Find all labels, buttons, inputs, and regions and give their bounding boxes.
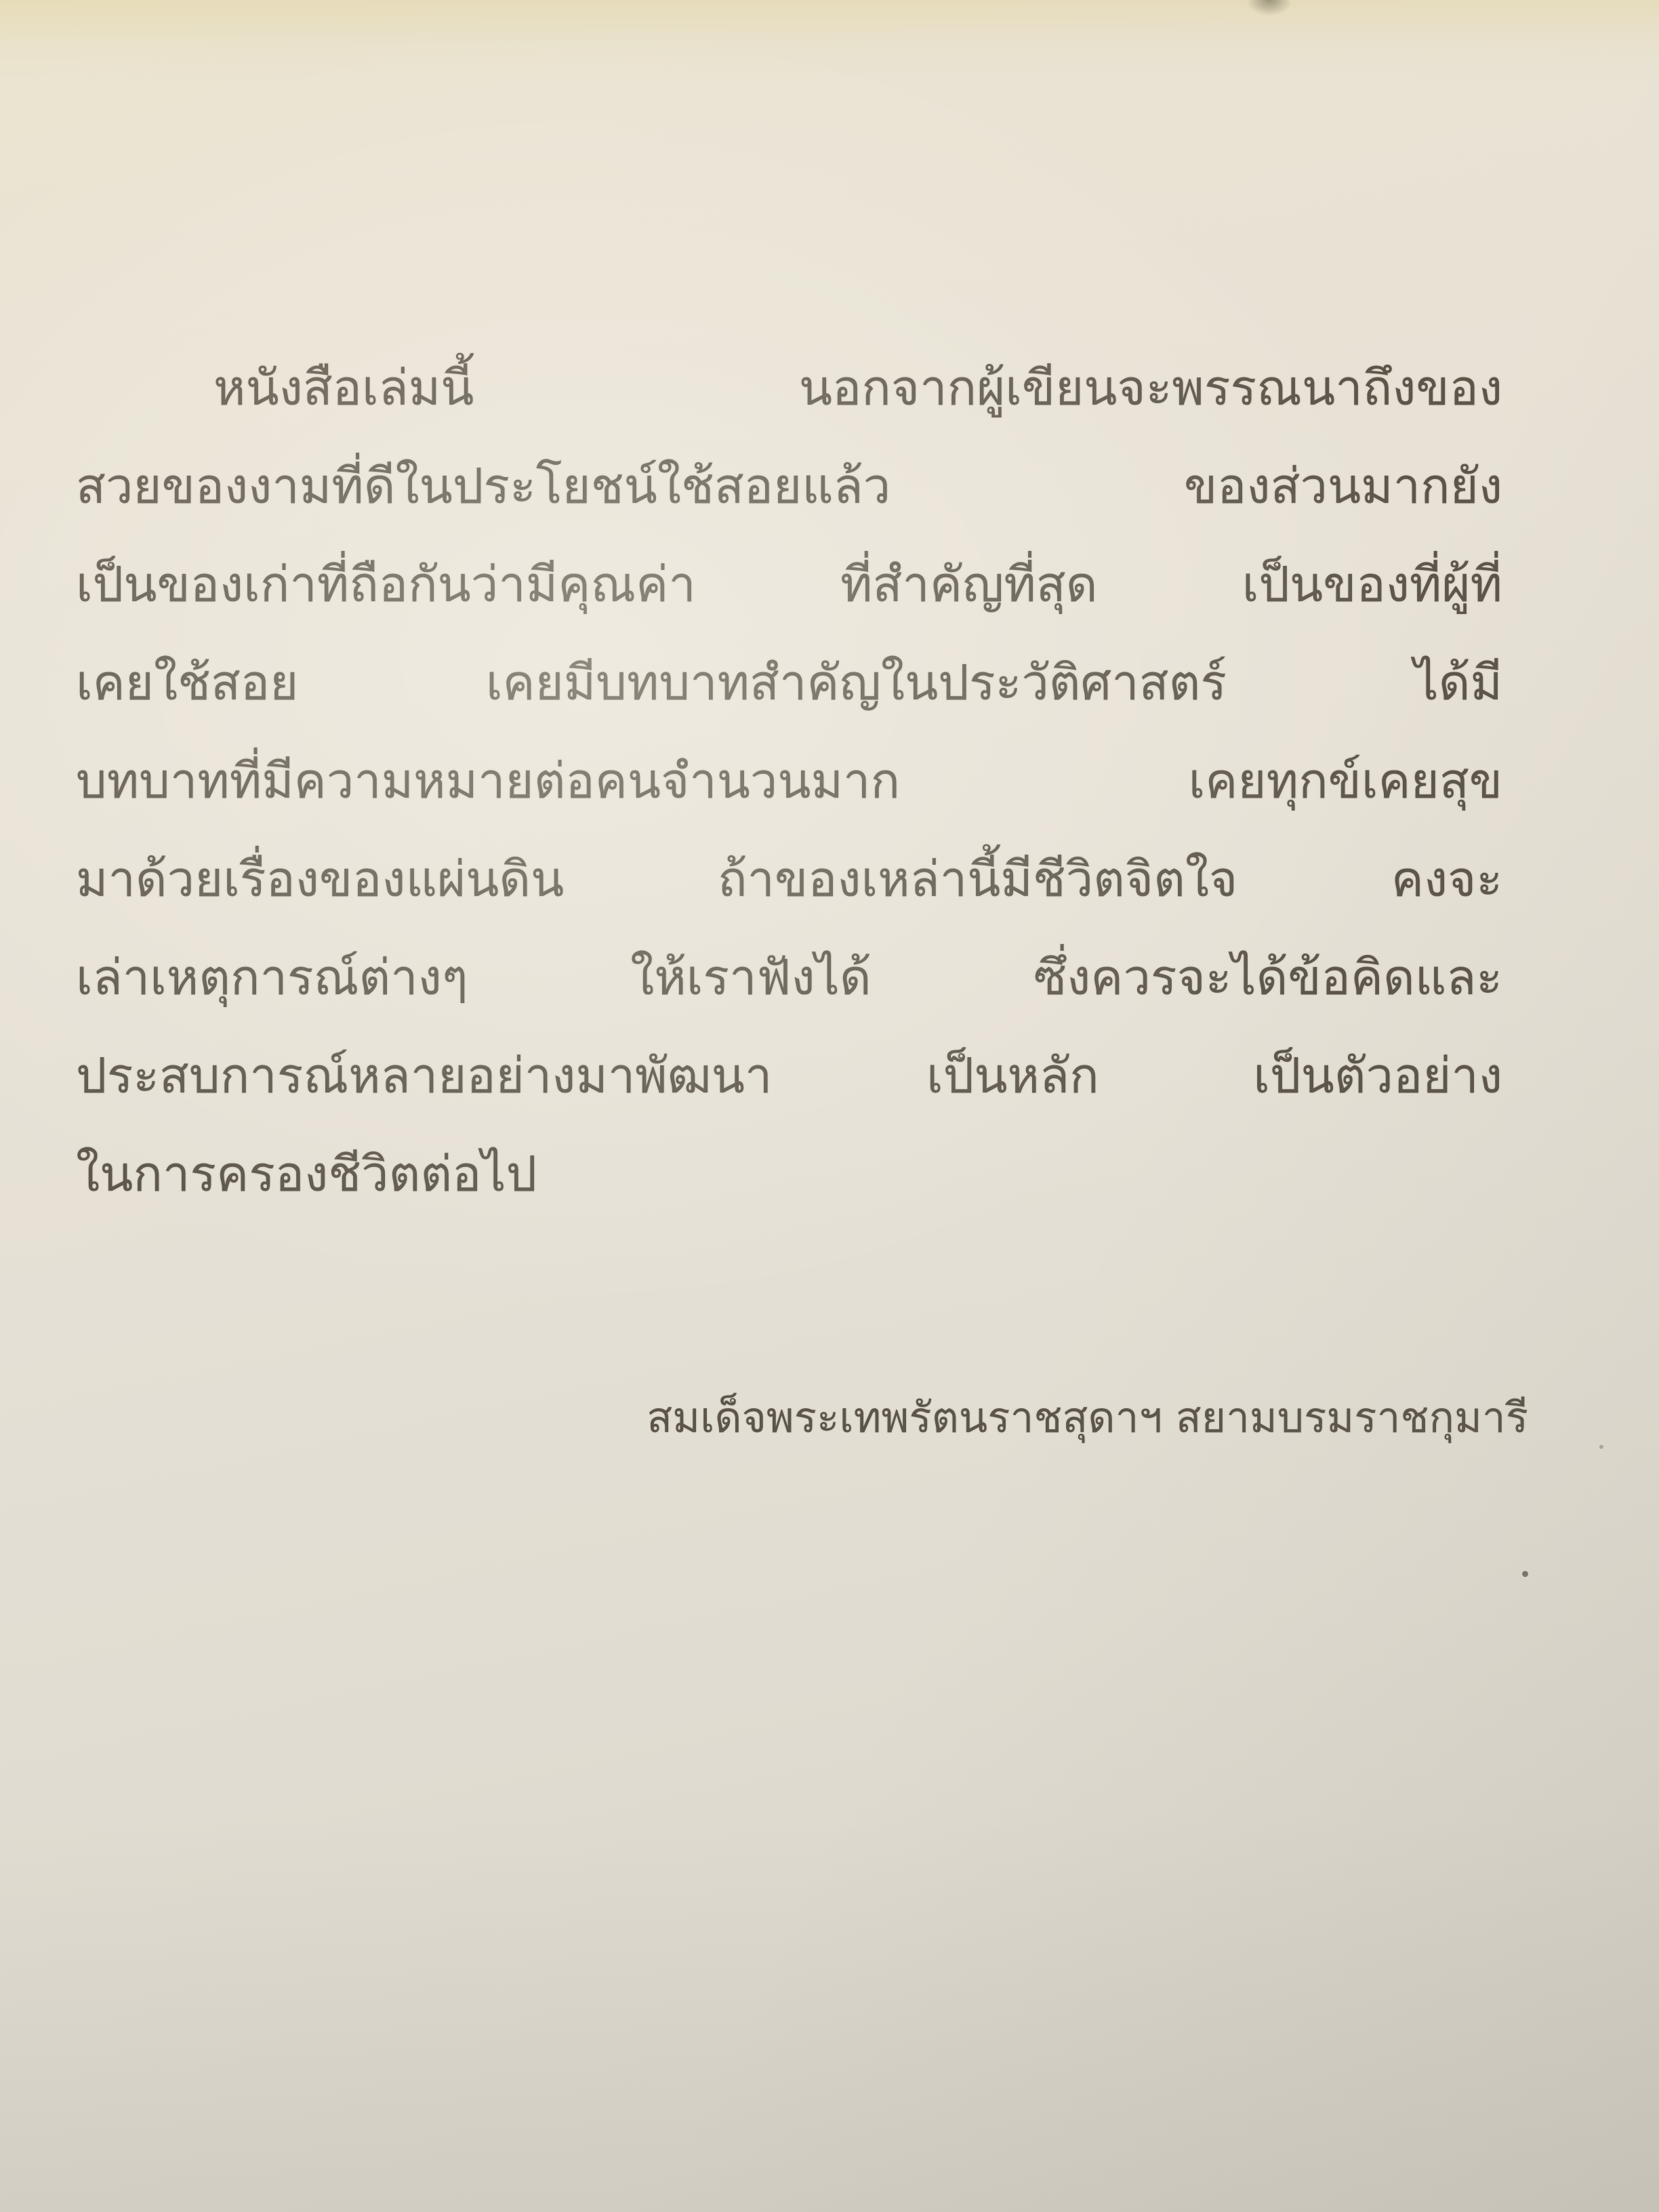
paragraph-line: มาด้วยเรื่องของแผ่นดิน ถ้าของเหล่านี้มีช… [76,830,1502,928]
attribution-royal-author: สมเด็จพระเทพรัตนราชสุดาฯ สยามบรมราชกุมาร… [647,1384,1528,1452]
paragraph-line: สวยของงามที่ดีในประโยชน์ใช้สอยแล้ว ของส่… [76,437,1502,535]
text-segment: เป็นหลัก [926,1027,1099,1125]
text-segment: ให้เราฟังได้ [630,928,871,1027]
text-segment: ประสบการณ์หลายอย่างมาพัฒนา [76,1027,772,1125]
text-segment: คงจะ [1391,830,1502,928]
text-segment: เป็นของเก่าที่ถือกันว่ามีคุณค่า [76,535,696,634]
text-segment: ที่สำคัญที่สุด [840,535,1098,634]
text-segment: สวยของงามที่ดีในประโยชน์ใช้สอยแล้ว [76,437,890,535]
text-segment: ได้มี [1414,634,1502,732]
text-segment: เคยมีบทบาทสำคัญในประวัติศาสตร์ [486,634,1227,732]
paper-top-light-cast [0,0,1659,81]
book-page: หนังสือเล่มนี้ นอกจากผู้เขียนจะพรรณนาถึง… [0,0,1659,2212]
paragraph-line: ประสบการณ์หลายอย่างมาพัฒนา เป็นหลัก เป็น… [76,1027,1502,1125]
paper-speck [1599,1445,1603,1449]
text-segment: นอกจากผู้เขียนจะพรรณนาถึงของ [799,339,1502,437]
text-segment: มาด้วยเรื่องของแผ่นดิน [76,830,564,928]
text-segment: เคยทุกข์เคยสุข [1189,732,1502,830]
text-segment: เป็นของที่ผู้ที่ [1242,535,1502,634]
text-segment: บทบาทที่มีความหมายต่อคนจำนวนมาก [76,732,900,830]
text-segment: เคยใช้สอย [76,634,298,732]
paper-speck [1522,1571,1528,1577]
paragraph-line: เล่าเหตุการณ์ต่างๆ ให้เราฟังได้ ซึ่งควรจ… [76,928,1502,1027]
text-segment: เป็นตัวอย่าง [1253,1027,1502,1125]
text-segment: เล่าเหตุการณ์ต่างๆ [76,928,468,1027]
text-segment: ของส่วนมากยัง [1184,437,1502,535]
paragraph-line: บทบาทที่มีความหมายต่อคนจำนวนมาก เคยทุกข์… [76,732,1502,830]
preface-paragraph: หนังสือเล่มนี้ นอกจากผู้เขียนจะพรรณนาถึง… [76,339,1502,1223]
text-segment: ถ้าของเหล่านี้มีชีวิตจิตใจ [718,830,1237,928]
paragraph-line: เคยใช้สอย เคยมีบทบาทสำคัญในประวัติศาสตร์… [76,634,1502,732]
paper-smudge [1246,0,1293,16]
text-segment: ในการครองชีวิตต่อไป [76,1125,537,1223]
paragraph-line: หนังสือเล่มนี้ นอกจากผู้เขียนจะพรรณนาถึง… [76,339,1502,437]
paragraph-line: ในการครองชีวิตต่อไป [76,1125,1502,1223]
text-segment: ซึ่งควรจะได้ข้อคิดและ [1033,928,1502,1027]
text-segment: หนังสือเล่มนี้ [213,339,474,437]
paragraph-line: เป็นของเก่าที่ถือกันว่ามีคุณค่า ที่สำคัญ… [76,535,1502,634]
